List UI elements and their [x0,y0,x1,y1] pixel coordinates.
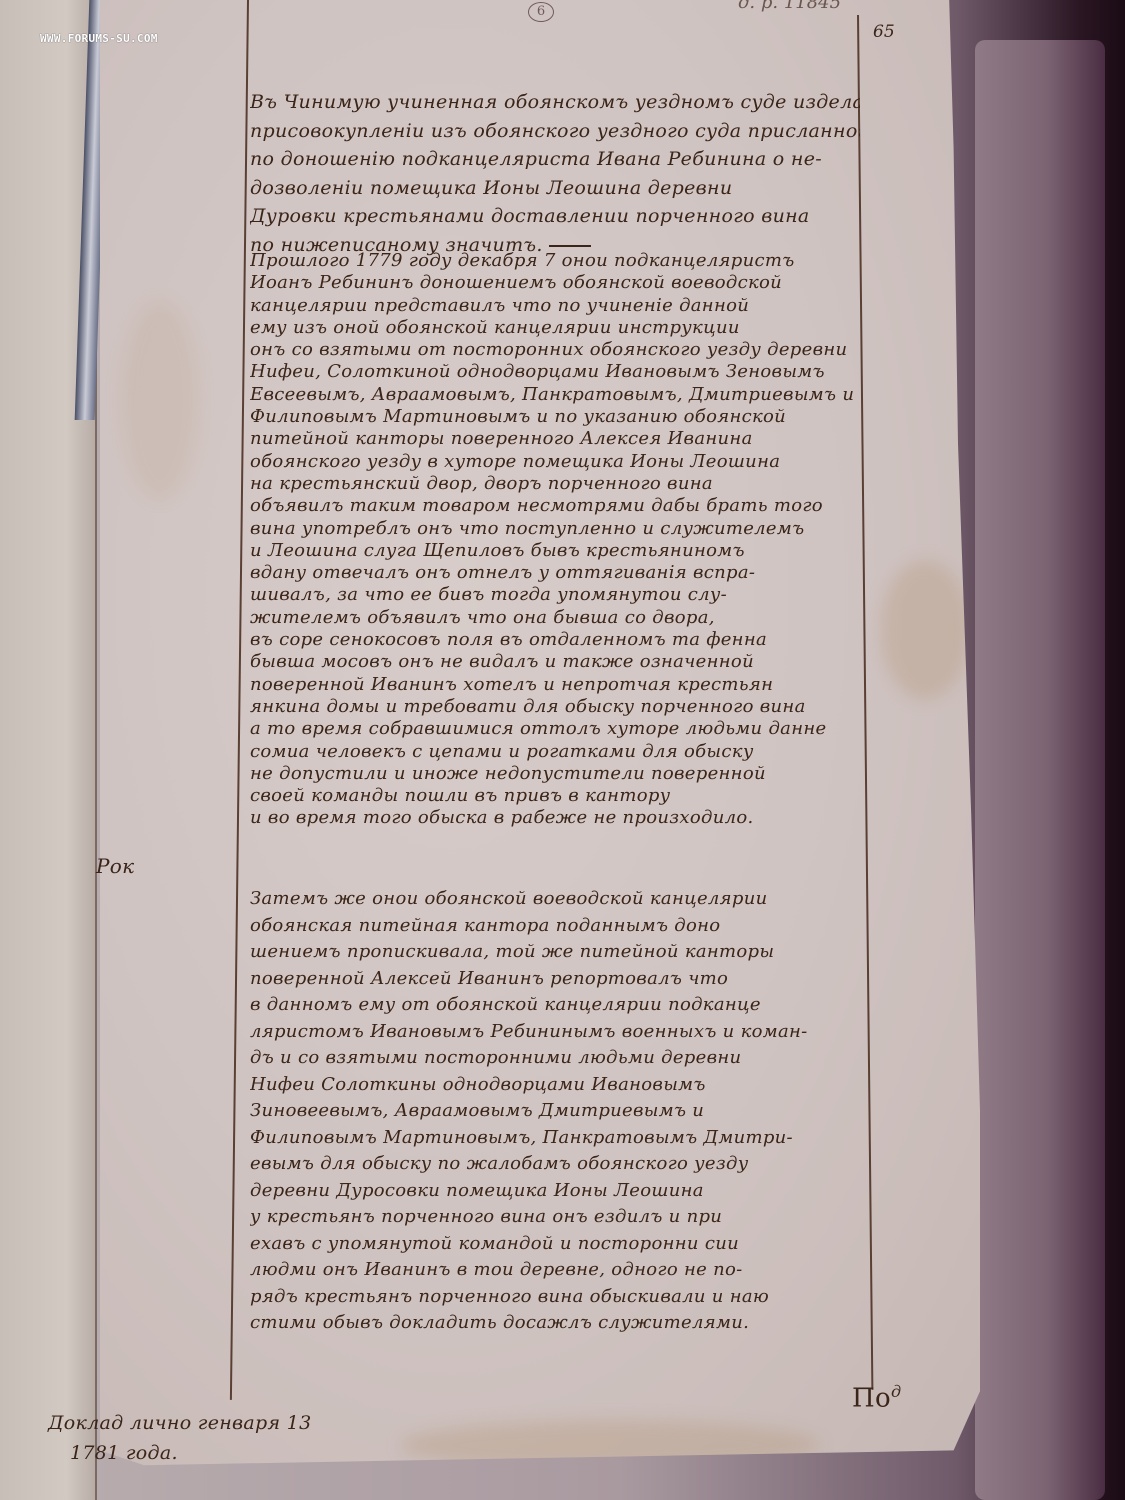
paragraph-1: Прошлого 1779 году декабря 7 онои подкан… [250,250,860,830]
text-line: ему изъ оной обоянской канцелярии инстру… [250,317,860,339]
closing-note: Доклад лично генваря 13 1781 года. [48,1408,312,1468]
text-line: жителемъ объявилъ что она бывша со двора… [250,607,860,629]
book-cushion [975,40,1105,1500]
title-line: Дуровки крестьянами доставлении порченно… [250,202,860,231]
text-line: рядъ крестьянъ порченного вина обыскивал… [250,1284,870,1311]
archive-reference: д. р. 11845 [738,0,841,13]
text-line: Зиновеевымъ, Авраамовымъ Дмитриевымъ и [250,1098,870,1125]
text-line: и во время того обыска в рабеже не произ… [250,807,860,829]
bottom-mark-text: По [852,1384,891,1414]
text-line: объявилъ таким товаром несмотрями дабы б… [250,495,860,517]
text-line: в данномъ ему от обоянской канцелярии по… [250,992,870,1019]
title-line: дозволеніи помещика Ионы Леошина деревни [250,174,860,203]
text-line: Иоанъ Ребининъ доношениемъ обоянской вое… [250,272,860,294]
text-line: янкина домы и требовати для обыску порче… [250,696,860,718]
text-line: поверенной Алексей Иванинъ репортовалъ ч… [250,966,870,993]
paper-stain [120,300,200,500]
circled-page-number: 6 [528,2,554,22]
margin-note: Рок [96,852,134,881]
text-line: деревни Дуросовки помещика Ионы Леошина [250,1178,870,1205]
site-watermark: WWW.FORUMS-SU.COM [40,32,158,45]
text-line: своей команды пошли въ привъ в кантору [250,785,860,807]
text-line: Прошлого 1779 году декабря 7 онои подкан… [250,250,860,272]
end-dash [549,245,591,247]
text-line: у крестьянъ порченного вина онъ ездилъ и… [250,1204,870,1231]
text-line: въ соре сенокосовъ поля въ отдаленномъ т… [250,629,860,651]
text-line: стими обывъ докладить досажлъ служителям… [250,1310,870,1337]
text-line: дъ и со взятыми посторонними людьми дере… [250,1045,870,1072]
closing-note-line-2: 1781 года. [48,1438,312,1468]
text-line: шениемъ пропискивала, той же питейной ка… [250,939,870,966]
text-line: Евсеевымъ, Авраамовымъ, Панкратовымъ, Дм… [250,384,860,406]
text-line: евымъ для обыску по жалобамъ обоянского … [250,1151,870,1178]
title-line: Въ Чинимую учиненная обоянскомъ уездномъ… [250,88,860,117]
text-line: ляристомъ Ивановымъ Ребининымъ военныхъ … [250,1019,870,1046]
text-line: сомиа человекъ с цепами и рогатками для … [250,741,860,763]
text-line: шивалъ, за что ее бивъ тогда упомянутои … [250,584,860,606]
text-line: Нифеи Солоткины однодворцами Ивановымъ [250,1072,870,1099]
text-line: вина употреблъ онъ что поступленно и слу… [250,518,860,540]
text-line: канцелярии представилъ что по учиненіе д… [250,295,860,317]
text-line: Филиповымъ Мартиновымъ, Панкратовымъ Дми… [250,1125,870,1152]
text-line: не допустили и иноже недопустители повер… [250,763,860,785]
text-line: поверенной Иванинъ хотелъ и непротчая кр… [250,674,860,696]
title-line: по доношенію подканцеляриста Ивана Ребин… [250,145,860,174]
paragraph-2: Затемъ же онои обоянской воеводской канц… [250,886,870,1337]
text-line: онъ со взятыми от посторонних обоянского… [250,339,860,361]
bottom-mark-superscript: д [891,1382,901,1401]
text-line: Филиповымъ Мартиновымъ и по указанию обо… [250,406,860,428]
paper-stain [880,560,970,700]
closing-note-line-1: Доклад лично генваря 13 [48,1408,312,1438]
text-line: людми онъ Иванинъ в тои деревне, одного … [250,1257,870,1284]
bottom-right-mark: Под [852,1378,901,1413]
text-line: Нифеи, Солоткиной однодворцами Ивановымъ… [250,361,860,383]
folio-number: 65 [873,22,895,42]
text-line: и Леошина слуга Щепиловъ бывъ крестьянин… [250,540,860,562]
title-block: Въ Чинимую учиненная обоянскомъ уездномъ… [250,88,860,259]
text-line: вдану отвечалъ онъ отнелъ у оттягиванія … [250,562,860,584]
text-line: бывша мосовъ онъ не видалъ и также означ… [250,651,860,673]
text-line: на крестьянский двор, дворъ порченного в… [250,473,860,495]
text-line: обоянская питейная кантора поданнымъ дон… [250,913,870,940]
text-line: обоянского уезду в хуторе помещика Ионы … [250,451,860,473]
text-line: питейной канторы поверенного Алексея Ива… [250,428,860,450]
text-line: ехавъ с упомянутой командой и посторонни… [250,1231,870,1258]
text-line: а то время собравшимися оттолъ хуторе лю… [250,718,860,740]
text-line: Затемъ же онои обоянской воеводской канц… [250,886,870,913]
title-line: присовокупленіи изъ обоянского уездного … [250,117,860,146]
